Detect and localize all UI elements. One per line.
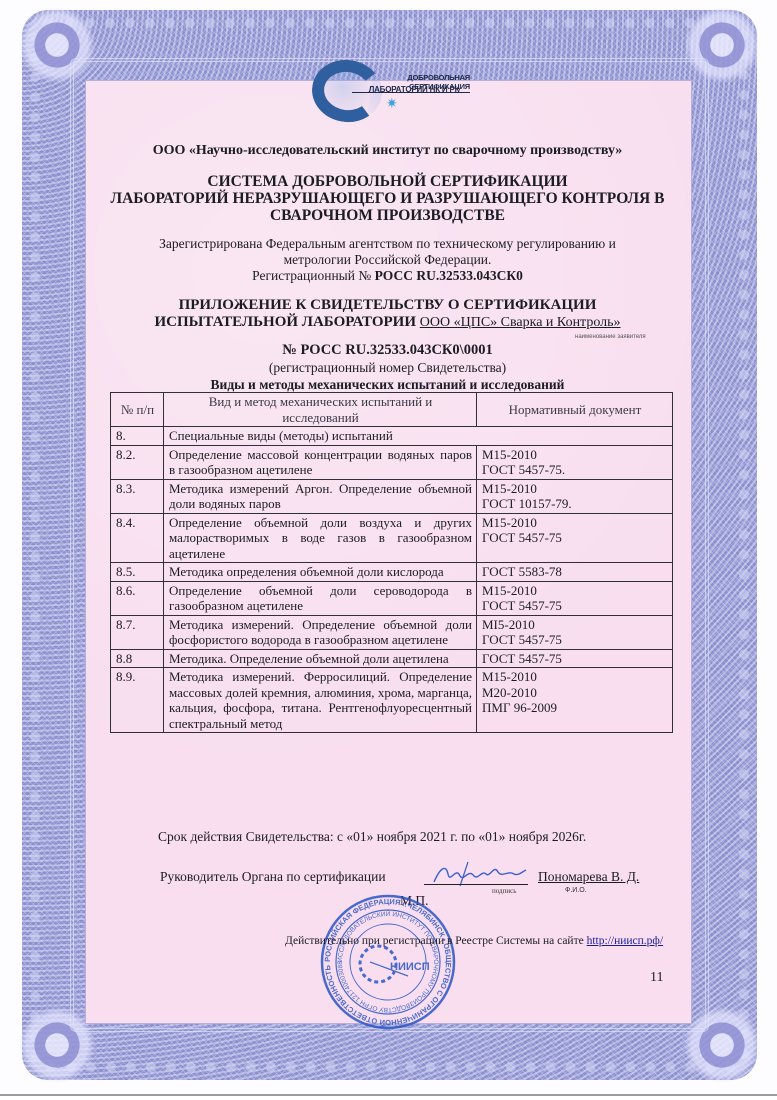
row-documents: МI5-2010ГОСТ 5457-75 (477, 615, 673, 649)
row-method: Определение объемной доли сероводорода в… (164, 581, 477, 615)
table-row: 8.6.Определение объемной доли сероводоро… (111, 581, 673, 615)
registration-line: метрологии Российской Федерации. (85, 252, 690, 268)
organization-name: ООО «Научно-исследовательский институт п… (85, 143, 690, 159)
row-method: Определение объемной доли воздуха и друг… (164, 513, 477, 563)
system-title-line: ЛАБОРАТОРИЙ НЕРАЗРУШАЮЩЕГО И РАЗРУШАЮЩЕГ… (85, 190, 690, 207)
row-number: 8.6. (111, 581, 164, 615)
row-method: Специальные виды (методы) испытаний (164, 427, 673, 446)
normative-document: ГОСТ 5457-75 (482, 632, 668, 648)
normative-document: М15-2010 (482, 583, 668, 599)
normative-document: М20-2010 (482, 685, 668, 701)
table-row: 8.2.Определение массовой концентрации во… (111, 445, 673, 479)
normative-document: ГОСТ 5457-75 (482, 651, 668, 667)
company-seal-icon: РОССИЙСКАЯ ФЕДЕРАЦИЯ г.ЧЕЛЯБИНСК • ОБЩЕС… (318, 892, 458, 1032)
table-row: 8.3.Методика измерений Аргон. Определени… (111, 479, 673, 513)
header-method: Вид и метод механических испытаний и исс… (164, 393, 477, 427)
normative-document: ГОСТ 10157-79. (482, 496, 668, 512)
registration-line: Зарегистрирована Федеральным агентством … (85, 236, 690, 252)
certificate-caption: (регистрационный номер Свидетельства) (85, 360, 690, 376)
system-title: СИСТЕМА ДОБРОВОЛЬНОЙ СЕРТИФИКАЦИИ ЛАБОРА… (85, 173, 690, 224)
page-number: 11 (650, 970, 663, 986)
row-method: Методика измерений. Ферросилиций. Опреде… (164, 668, 477, 733)
logo-text-line2: ЛАБОРАТОРИЙ НК И РК (364, 85, 464, 94)
normative-document: М15-2010 (482, 481, 668, 497)
table-row: 8.9.Методика измерений. Ферросилиций. Оп… (111, 668, 673, 733)
validity-period: Срок действия Свидетельства: с «01» нояб… (158, 829, 586, 845)
row-documents: М15-2010ГОСТ 5457-75 (477, 513, 673, 563)
table-row: 8.7.Методика измерений. Определение объе… (111, 615, 673, 649)
applicant-caption: наименование заявителя (575, 334, 646, 340)
row-documents: ГОСТ 5583-78 (477, 563, 673, 582)
name-caption: Ф.И.О. (565, 887, 587, 894)
row-method: Методика определения объемной доли кисло… (164, 563, 477, 582)
normative-document: М15-2010 (482, 447, 668, 463)
normative-document: ГОСТ 5457-75 (482, 598, 668, 614)
row-documents: М15-2010ГОСТ 10157-79. (477, 479, 673, 513)
row-method: Определение массовой концентрации водяны… (164, 445, 477, 479)
row-documents: М15-2010ГОСТ 5457-75. (477, 445, 673, 479)
header-number: № п/п (111, 393, 164, 427)
certificate-number: № РОСС RU.32533.043СК0\0001 (85, 342, 690, 359)
appendix-title-line: ПРИЛОЖЕНИЕ К СВИДЕТЕЛЬСТВУ О СЕРТИФИКАЦИ… (85, 297, 690, 314)
normative-document: МI5-2010 (482, 617, 668, 633)
normative-document: М15-2010 (482, 669, 668, 685)
row-method: Методика. Определение объемной доли ацет… (164, 649, 477, 668)
head-label: Руководитель Органа по сертификации (160, 869, 386, 885)
normative-document: ПМГ 96-2009 (482, 700, 668, 716)
methods-table: № п/п Вид и метод механических испытаний… (110, 392, 673, 733)
table-row: 8.5.Методика определения объемной доли к… (111, 563, 673, 582)
corner-ornament-icon (677, 0, 767, 90)
row-method: Методика измерений. Определение объемной… (164, 615, 477, 649)
registry-note-text: Действительно при регистрации в Реестре … (285, 935, 584, 947)
certification-logo: ДОБРОВОЛЬНАЯ СЕРТИФИКАЦИЯ ЛАБОРАТОРИЙ НК… (312, 58, 472, 124)
certificate-page: ДОБРОВОЛЬНАЯ СЕРТИФИКАЦИЯ ЛАБОРАТОРИЙ НК… (0, 0, 777, 1096)
normative-document: ГОСТ 5457-75. (482, 462, 668, 478)
corner-ornament-icon (12, 0, 102, 90)
registration-number: РОСС RU.32533.043СК0 (375, 268, 523, 283)
table-row: 8.4.Определение объемной доли воздуха и … (111, 513, 673, 563)
appendix-title: ПРИЛОЖЕНИЕ К СВИДЕТЕЛЬСТВУ О СЕРТИФИКАЦИ… (85, 297, 690, 331)
row-documents: ГОСТ 5457-75 (477, 649, 673, 668)
row-documents: М15-2010ГОСТ 5457-75 (477, 581, 673, 615)
row-number: 8.7. (111, 615, 164, 649)
table-section-row: 8.Специальные виды (методы) испытаний (111, 427, 673, 446)
table-row: 8.8Методика. Определение объемной доли а… (111, 649, 673, 668)
appendix-title-line2: ИСПЫТАТЕЛЬНОЙ ЛАБОРАТОРИИ ООО «ЦПС» Свар… (85, 314, 690, 331)
row-number: 8.4. (111, 513, 164, 563)
registry-site-link[interactable]: http://ниисп.рф/ (587, 935, 663, 947)
row-number: 8.8 (111, 649, 164, 668)
registration-number-line: Регистрационный № РОСС RU.32533.043СК0 (85, 268, 690, 284)
registry-note: Действительно при регистрации в Реестре … (285, 935, 663, 947)
row-method: Методика измерений Аргон. Определение об… (164, 479, 477, 513)
row-number: 8.9. (111, 668, 164, 733)
table-title: Виды и методы механических испытаний и и… (85, 377, 690, 393)
table-header-row: № п/п Вид и метод механических испытаний… (111, 393, 673, 427)
normative-document: ГОСТ 5457-75 (482, 530, 668, 546)
registration-label: Регистрационный № (252, 268, 371, 283)
head-name: Пономарева В. Д. (538, 869, 639, 885)
normative-document: ГОСТ 5583-78 (482, 564, 668, 580)
row-number: 8.5. (111, 563, 164, 582)
appendix-title-part: ИСПЫТАТЕЛЬНОЙ ЛАБОРАТОРИИ (154, 314, 416, 330)
row-number: 8.3. (111, 479, 164, 513)
header-document: Нормативный документ (477, 393, 673, 427)
spark-star-icon: ✷ (386, 98, 398, 112)
signature-line (424, 884, 528, 885)
laboratory-name: ООО «ЦПС» Сварка и Контроль» (420, 315, 621, 330)
row-number: 8. (111, 427, 164, 446)
row-documents: М15-2010М20-2010ПМГ 96-2009 (477, 668, 673, 733)
normative-document: М15-2010 (482, 515, 668, 531)
signature-caption: подпись (492, 887, 516, 895)
row-number: 8.2. (111, 445, 164, 479)
system-title-line: СВАРОЧНОМ ПРОИЗВОДСТВЕ (85, 207, 690, 224)
registration-info: Зарегистрирована Федеральным агентством … (85, 236, 690, 284)
system-title-line: СИСТЕМА ДОБРОВОЛЬНОЙ СЕРТИФИКАЦИИ (85, 173, 690, 190)
